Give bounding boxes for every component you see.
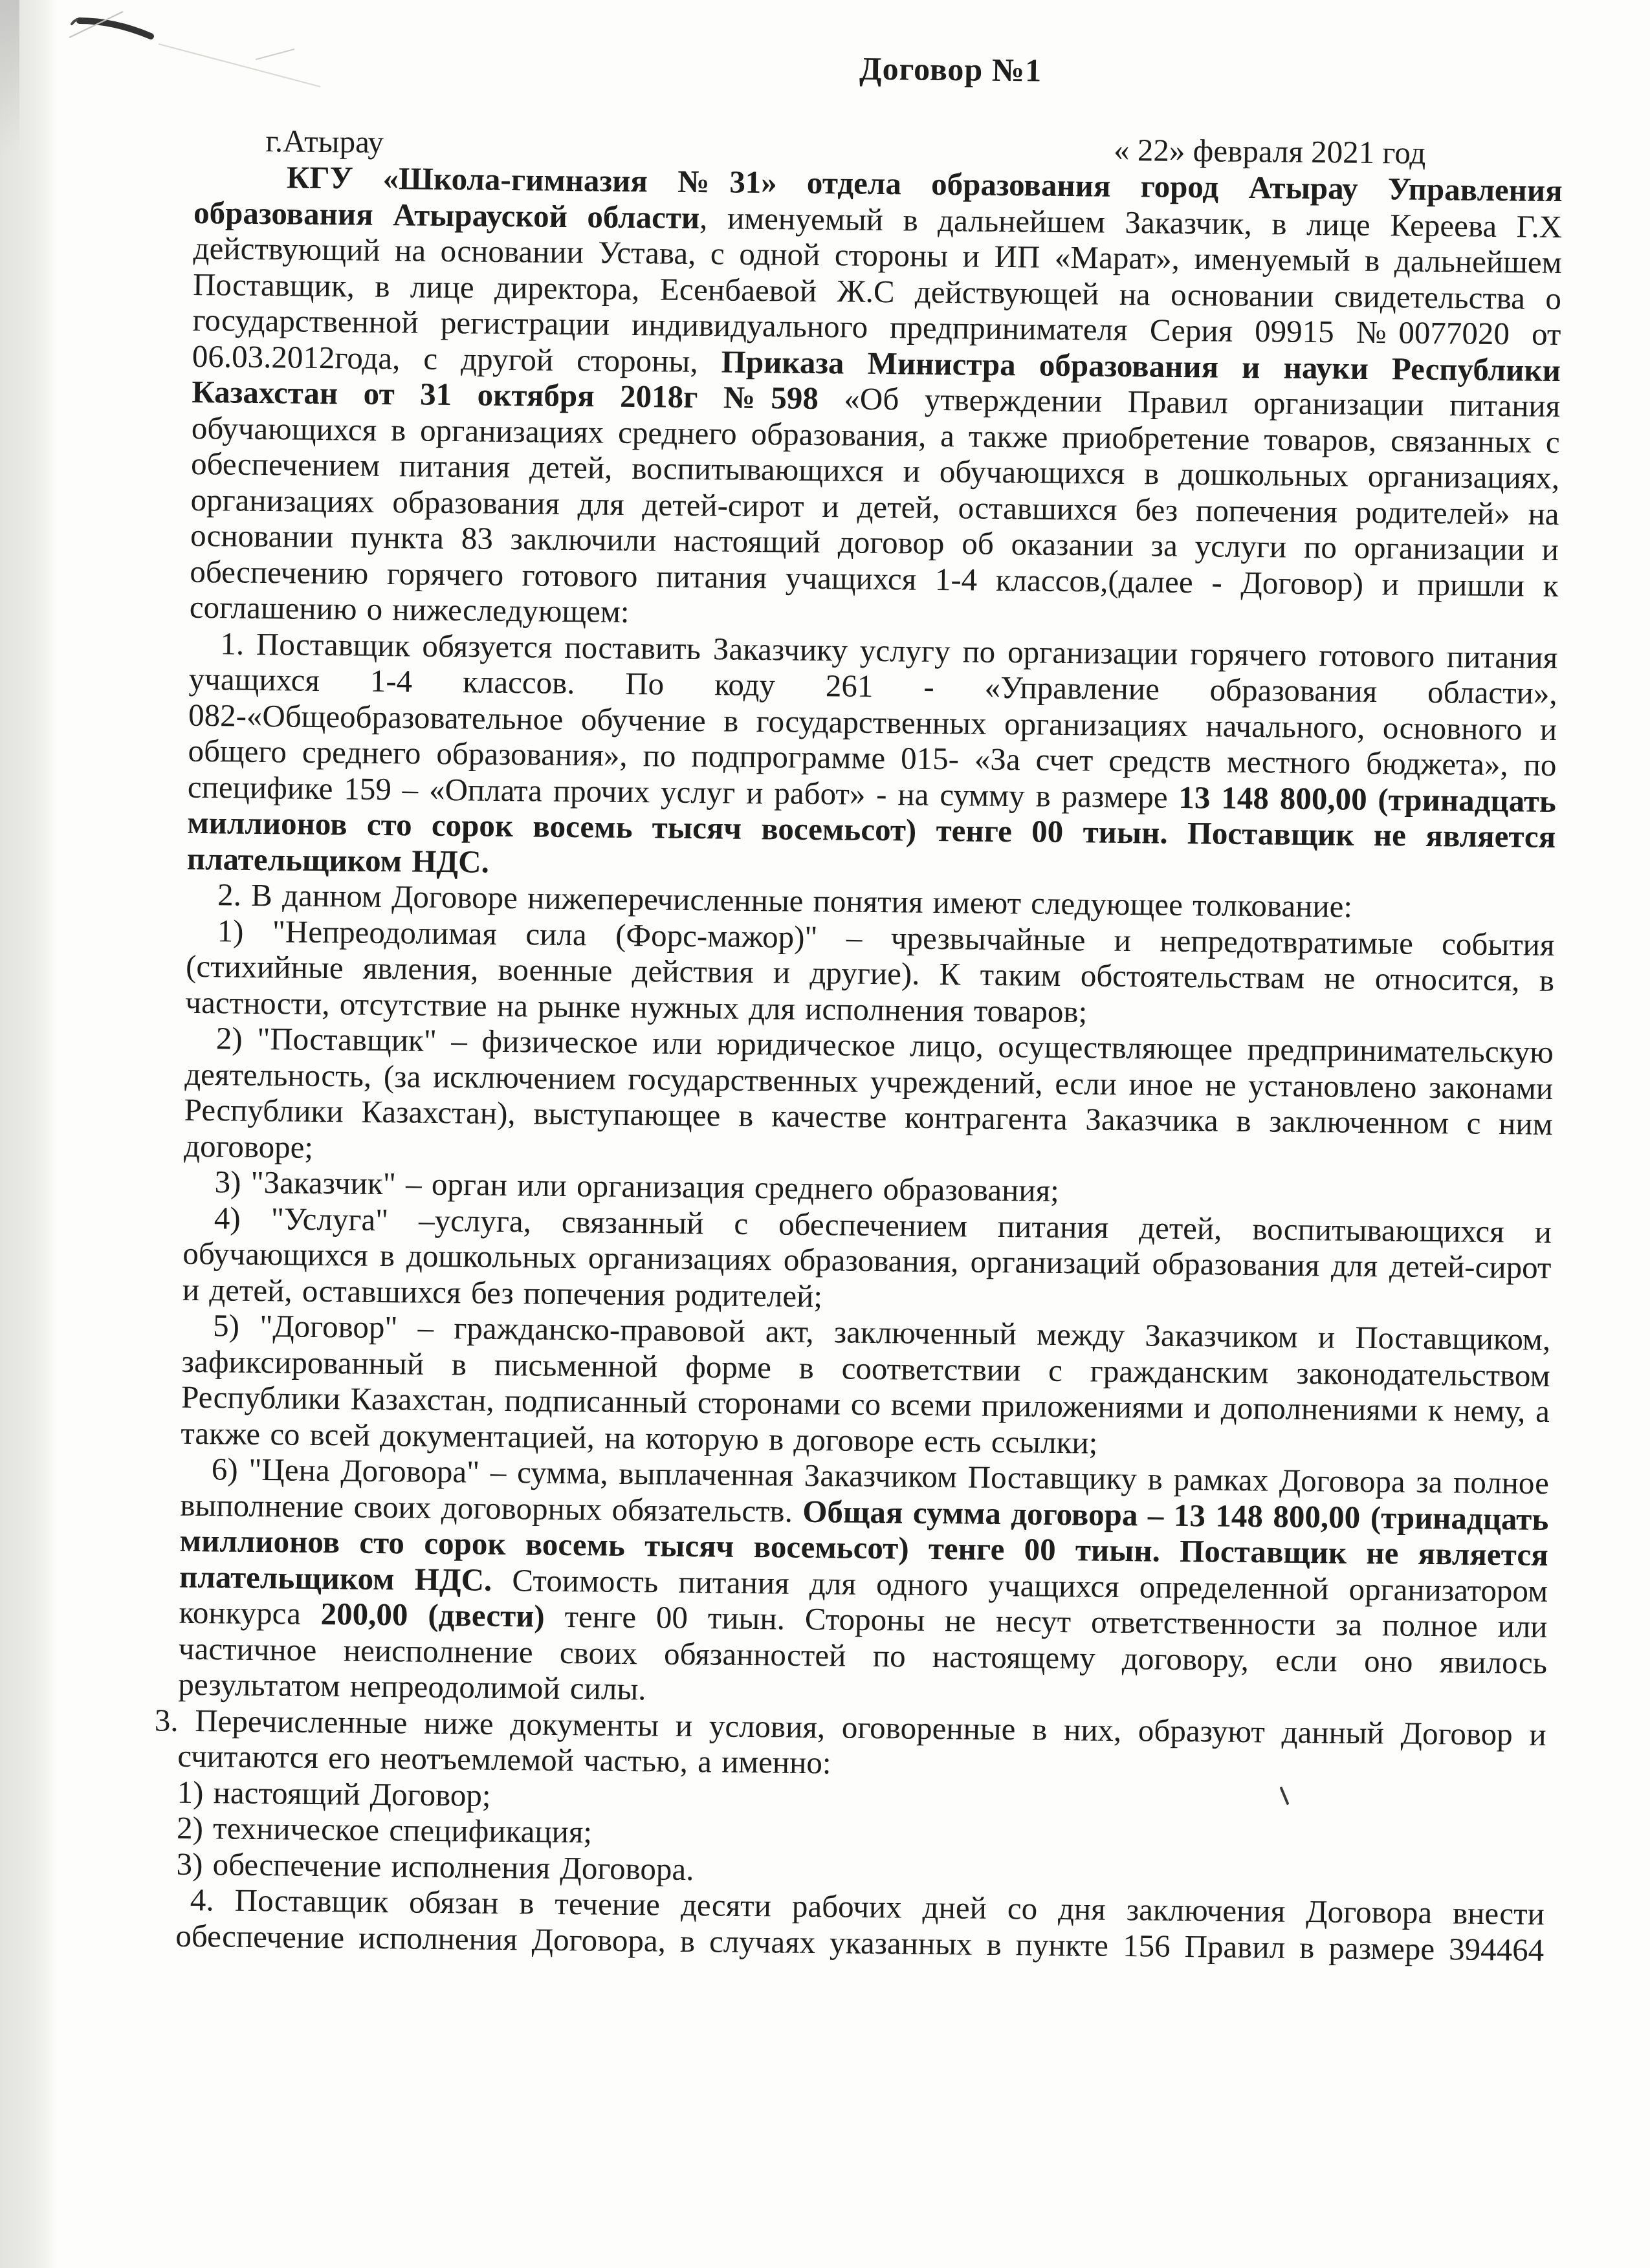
definition-service: 4) "Услуга" –услуга, связанный с обеспеч… (182, 1199, 1552, 1322)
text-run: 2) "Поставщик" – физическое или юридичес… (184, 1020, 1554, 1164)
scanned-contract-page: Договор №1 г.Атырау « 22» февраля 2021 г… (0, 0, 1650, 2268)
text-run: 4. Поставщик обязан в течение десяти раб… (175, 1882, 1545, 1967)
paragraph-clause-3: 3. Перечисленные ниже документы и услови… (177, 1702, 1546, 1788)
text-run: 200,00 (двести) (320, 1596, 544, 1634)
date-label: « 22» февраля 2021 год (1114, 131, 1426, 171)
text-run: 5) "Договор" – гражданско-правовой акт, … (181, 1307, 1550, 1460)
definition-force-majeure: 1) "Непреодолимая сила (Форс-мажор)" – ч… (185, 912, 1555, 1034)
definition-supplier: 2) "Поставщик" – физическое или юридичес… (184, 1020, 1554, 1178)
definition-contract-price: 6) "Цена Договора" – сумма, выплаченная … (178, 1451, 1549, 1717)
text-run: 1) "Непреодолимая сила (Форс-мажор)" – ч… (185, 913, 1555, 1029)
text-run: «Об утверждении Правил организации питан… (190, 380, 1561, 629)
text-run: 4) "Услуга" –услуга, связанный с обеспеч… (182, 1200, 1552, 1314)
document-title: Договор №1 (337, 44, 1564, 94)
city-label: г.Атырау (265, 122, 384, 160)
paragraph-clause-4: 4. Поставщик обязан в течение десяти раб… (175, 1882, 1545, 1968)
definition-contract: 5) "Договор" – гражданско-правовой акт, … (181, 1307, 1550, 1465)
paragraph-preamble: КГУ «Школа-гимназия №31» отдела образова… (190, 158, 1563, 640)
text-run: 3. Перечисленные ниже документы и услови… (155, 1702, 1546, 1780)
contract-document: Договор №1 г.Атырау « 22» февраля 2021 г… (0, 0, 1650, 1968)
paragraph-clause-1: 1. Поставщик обязуется поставить Заказчи… (187, 625, 1558, 891)
